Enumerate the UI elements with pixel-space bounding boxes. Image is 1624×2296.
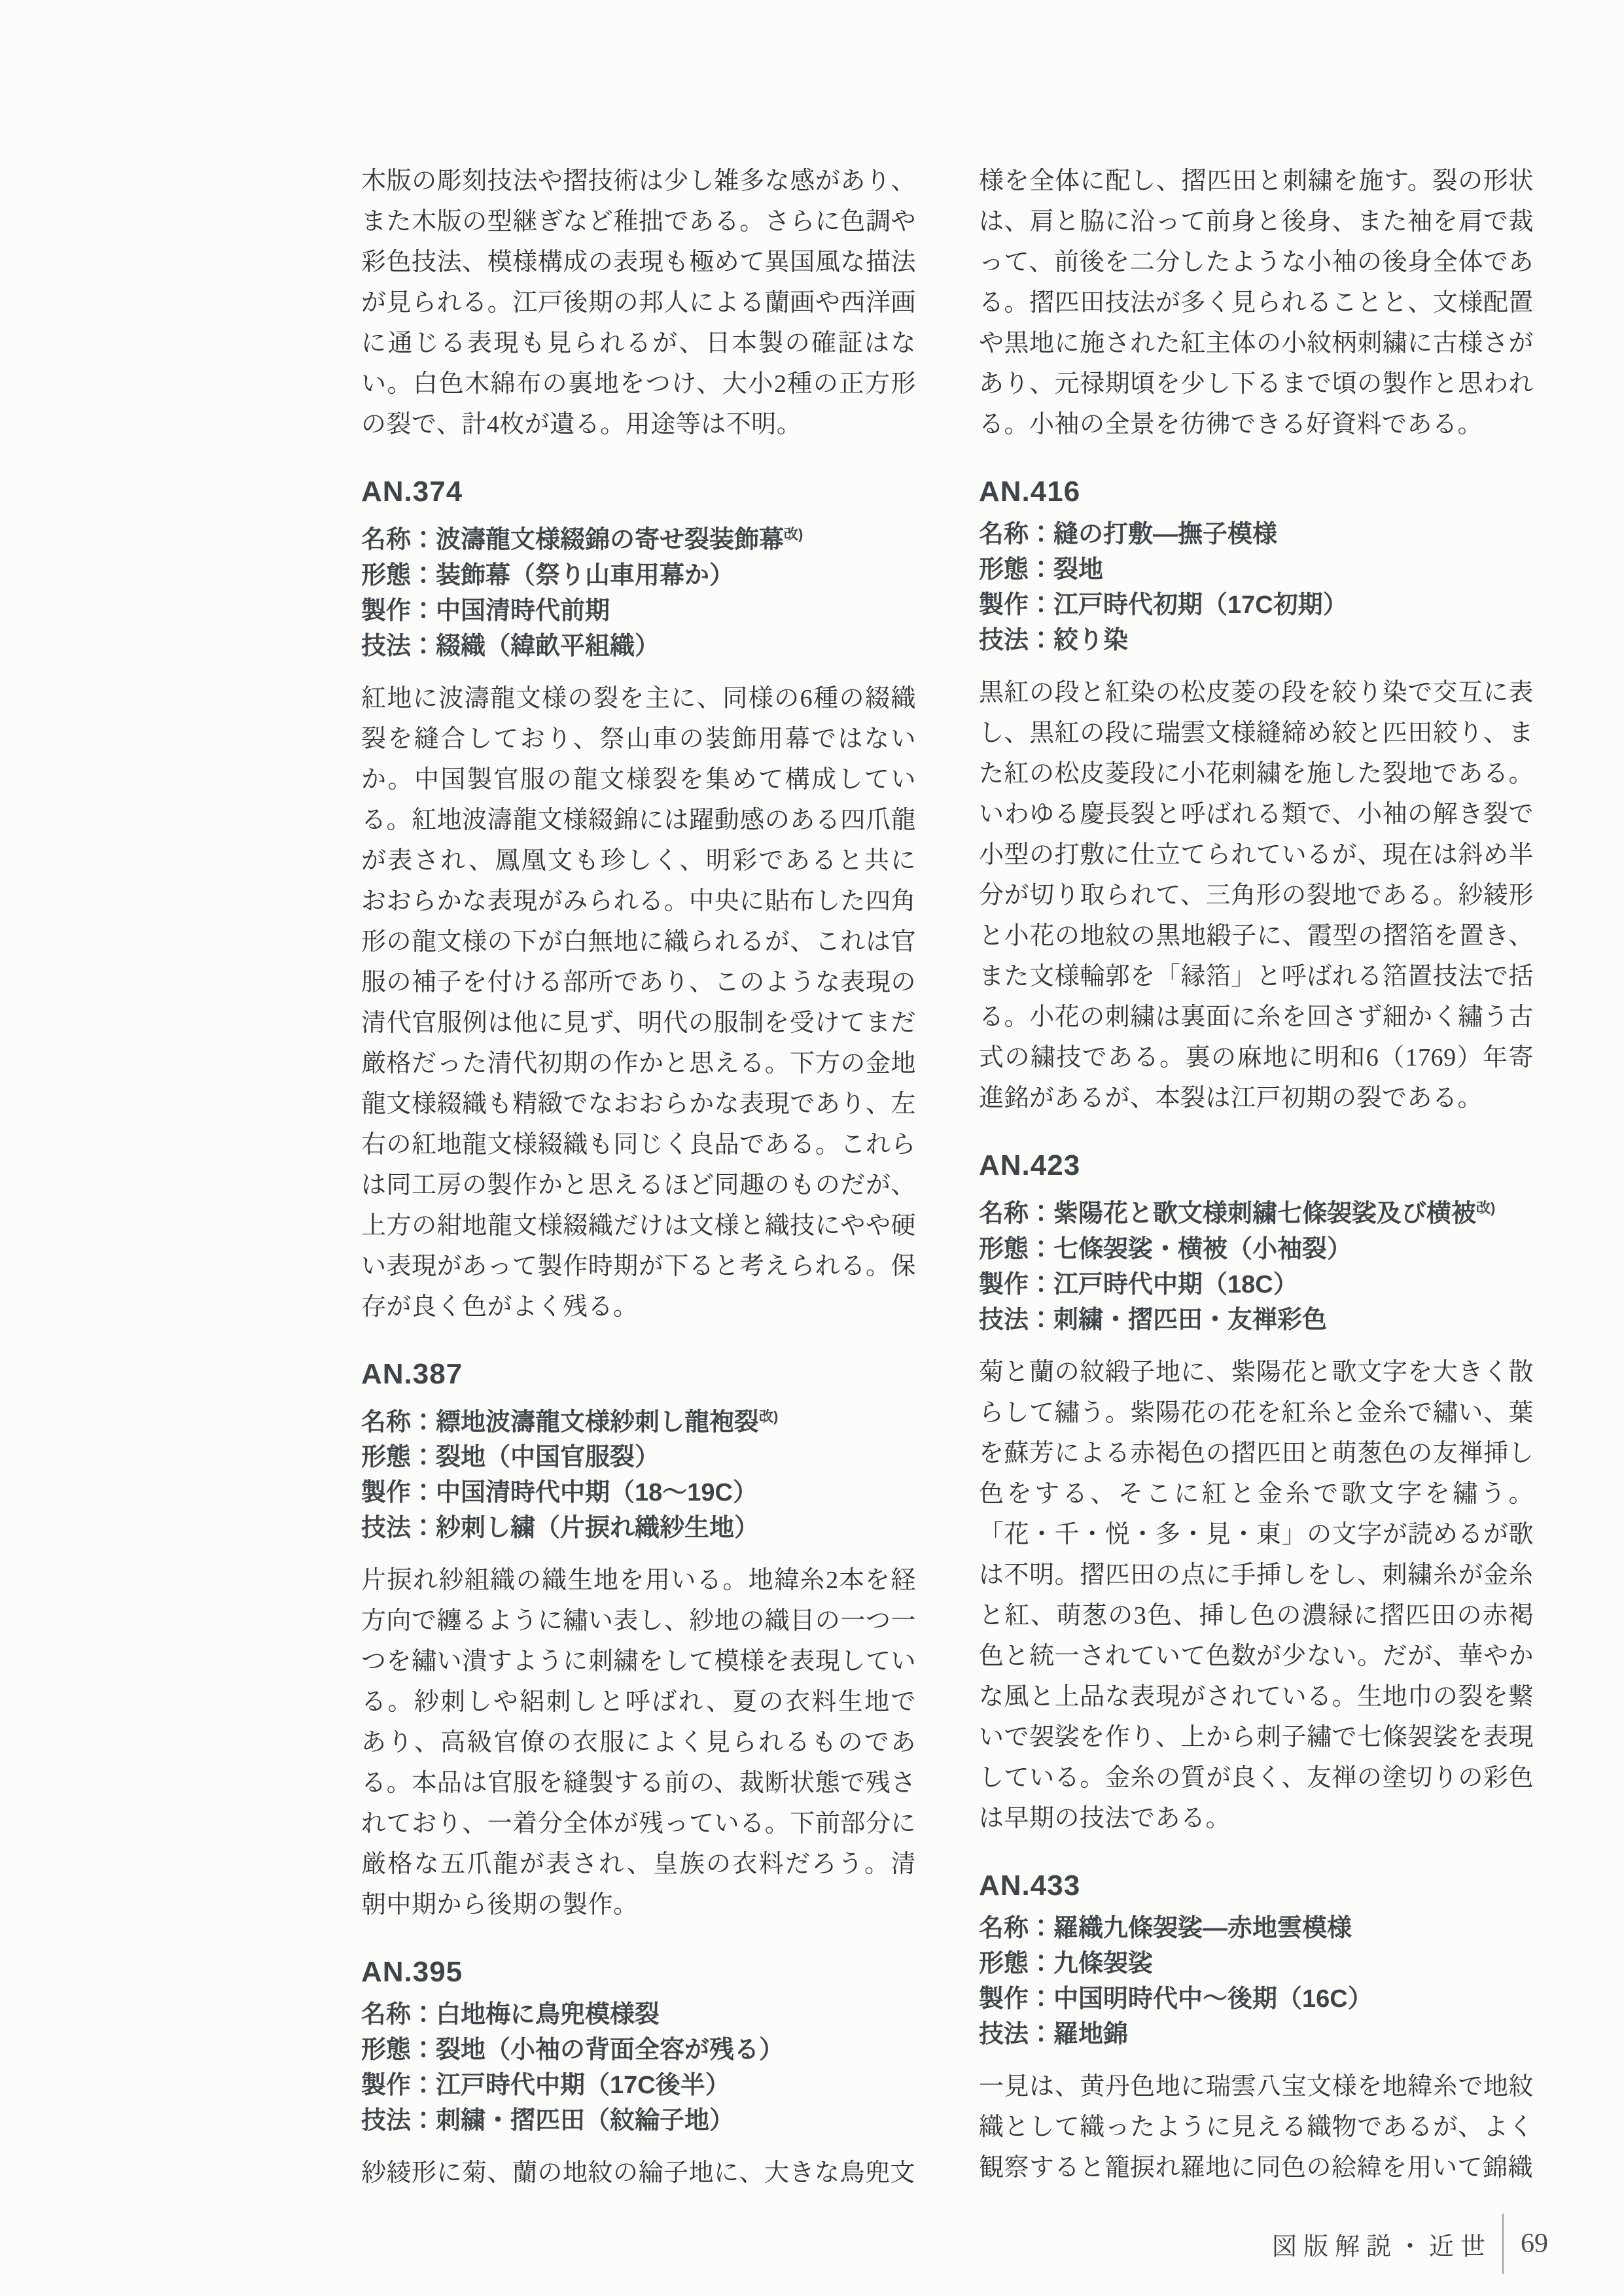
meta-value: 裂地: [1053, 556, 1103, 583]
meta-label: 形態：: [361, 562, 436, 589]
meta-form-line: 形態：裂地（中国官服裂）: [361, 1440, 916, 1475]
meta-label: 技法：: [361, 1514, 436, 1542]
meta-value: 裂地（中国官服裂）: [436, 1444, 660, 1471]
footer-section-label: 図版解説・近世: [1272, 2226, 1492, 2262]
entry-meta: 名称：白地梅に鳥兜模様裂 形態：裂地（小袖の背面全容が残る） 製作：江戸時代中期…: [361, 1997, 916, 2138]
entry-body: 一見は、黄丹色地に瑞雲八宝文様を地緯糸で地紋織として織ったように見える織物である…: [979, 2066, 1534, 2188]
meta-value: 中国明時代中〜後期（16C）: [1053, 1985, 1373, 2013]
meta-value: 紗刺し繍（片捩れ織紗生地）: [436, 1514, 759, 1542]
meta-label: 形態：: [979, 1236, 1053, 1263]
meta-revision-note: 改): [1476, 1200, 1495, 1216]
meta-made-line: 製作：中国清時代前期: [361, 593, 916, 629]
left-intro-paragraph: 木版の彫刻技法や摺技術は少し雑多な感があり、また木版の型継ぎなど稚拙である。さら…: [361, 161, 916, 445]
meta-value: 羅織九條袈裟―赤地雲模様: [1053, 1915, 1352, 1942]
meta-made-line: 製作：中国明時代中〜後期（16C）: [979, 1981, 1534, 2017]
meta-value: 江戸時代初期（17C初期）: [1053, 591, 1348, 619]
footer-divider: [1502, 2214, 1504, 2274]
meta-made-line: 製作：江戸時代初期（17C初期）: [979, 587, 1534, 623]
meta-value: 縹地波濤龍文様紗刺し龍袍裂: [436, 1408, 759, 1436]
meta-form-line: 形態：装飾幕（祭り山車用幕か）: [361, 558, 916, 593]
meta-tech-line: 技法：刺繍・摺匹田（紋綸子地）: [361, 2103, 916, 2138]
meta-tech-line: 技法：紗刺し繍（片捩れ織紗生地）: [361, 1510, 916, 1546]
meta-value: 綴織（緯畝平組織）: [436, 633, 660, 660]
entry-meta: 名称：紫陽花と歌文様刺繍七條袈裟及び横被改) 形態：七條袈裟・横被（小袖裂） 製…: [979, 1191, 1534, 1338]
meta-name-line: 名称：紫陽花と歌文様刺繍七條袈裟及び横被改): [979, 1191, 1534, 1232]
meta-made-line: 製作：江戸時代中期（17C後半）: [361, 2068, 916, 2103]
meta-tech-line: 技法：絞り染: [979, 623, 1534, 658]
meta-tech-line: 技法：綴織（緯畝平組織）: [361, 629, 916, 664]
meta-form-line: 形態：裂地: [979, 552, 1534, 587]
meta-form-line: 形態：裂地（小袖の背面全容が残る）: [361, 2032, 916, 2068]
entry-body: 菊と蘭の紋緞子地に、紫陽花と歌文字を大きく散らして繡う。紫陽花の花を紅糸と金糸で…: [979, 1352, 1534, 1839]
meta-value: 刺繍・摺匹田・友禅彩色: [1053, 1306, 1327, 1334]
meta-value: 紫陽花と歌文様刺繍七條袈裟及び横被: [1053, 1200, 1476, 1228]
right-intro-paragraph: 様を全体に配し、摺匹田と刺繍を施す。裂の形状は、肩と脇に沿って前身と後身、また袖…: [979, 161, 1534, 445]
entry-an416: AN.416 名称：縫の打敷―撫子模様 形態：裂地 製作：江戸時代初期（17C初…: [979, 476, 1534, 1119]
entry-an395: AN.395 名称：白地梅に鳥兜模様裂 形態：裂地（小袖の背面全容が残る） 製作…: [361, 1957, 916, 2193]
entry-body: 紗綾形に菊、蘭の地紋の綸子地に、大きな鳥兜文: [361, 2153, 916, 2193]
meta-label: 形態：: [979, 1950, 1053, 1977]
entry-id: AN.433: [979, 1870, 1534, 1902]
meta-label: 技法：: [979, 627, 1053, 654]
entry-id: AN.374: [361, 476, 916, 508]
meta-label: 名称：: [361, 527, 436, 554]
entry-an374: AN.374 名称：波濤龍文様綴錦の寄せ裂装飾幕改) 形態：装飾幕（祭り山車用幕…: [361, 476, 916, 1327]
meta-label: 技法：: [361, 633, 436, 660]
meta-label: 製作：: [979, 1985, 1053, 2013]
meta-tech-line: 技法：羅地錦: [979, 2017, 1534, 2052]
meta-revision-note: 改): [784, 526, 803, 542]
meta-form-line: 形態：九條袈裟: [979, 1946, 1534, 1981]
meta-label: 形態：: [979, 556, 1053, 583]
meta-name-line: 名称：羅織九條袈裟―赤地雲模様: [979, 1911, 1534, 1946]
meta-label: 技法：: [361, 2107, 436, 2134]
meta-value: 九條袈裟: [1053, 1950, 1153, 1977]
meta-label: 形態：: [361, 1444, 436, 1471]
meta-made-line: 製作：中国清時代中期（18〜19C）: [361, 1475, 916, 1510]
page-footer: 図版解説・近世 69: [979, 2214, 1548, 2274]
meta-label: 技法：: [979, 2021, 1053, 2048]
meta-value: 江戸時代中期（18C）: [1053, 1271, 1298, 1298]
meta-value: 波濤龍文様綴錦の寄せ裂装飾幕: [436, 527, 784, 554]
entry-id: AN.395: [361, 1957, 916, 1988]
meta-tech-line: 技法：刺繍・摺匹田・友禅彩色: [979, 1302, 1534, 1338]
footer-page-number: 69: [1521, 2228, 1548, 2259]
entry-body: 黒紅の段と紅染の松皮菱の段を絞り染で交互に表し、黒紅の段に瑞雲文様縫締め絞と匹田…: [979, 672, 1534, 1119]
meta-value: 裂地（小袖の背面全容が残る）: [436, 2036, 784, 2064]
meta-label: 名称：: [361, 2001, 436, 2028]
meta-name-line: 名称：縹地波濤龍文様紗刺し龍袍裂改): [361, 1399, 916, 1440]
meta-name-line: 名称：波濤龍文様綴錦の寄せ裂装飾幕改): [361, 517, 916, 558]
meta-label: 名称：: [361, 1408, 436, 1436]
meta-value: 江戸時代中期（17C後半）: [436, 2072, 730, 2099]
entry-meta: 名称：波濤龍文様綴錦の寄せ裂装飾幕改) 形態：装飾幕（祭り山車用幕か） 製作：中…: [361, 517, 916, 664]
entry-an433: AN.433 名称：羅織九條袈裟―赤地雲模様 形態：九條袈裟 製作：中国明時代中…: [979, 1870, 1534, 2188]
right-column: 様を全体に配し、摺匹田と刺繍を施す。裂の形状は、肩と脇に沿って前身と後身、また袖…: [979, 161, 1534, 2188]
entry-an423: AN.423 名称：紫陽花と歌文様刺繍七條袈裟及び横被改) 形態：七條袈裟・横被…: [979, 1150, 1534, 1839]
entry-body: 片捩れ紗組織の織生地を用いる。地緯糸2本を経方向で纏るように繡い表し、紗地の織目…: [361, 1560, 916, 1925]
meta-value: 中国清時代前期: [436, 597, 610, 625]
meta-label: 製作：: [361, 1479, 436, 1506]
entry-id: AN.416: [979, 476, 1534, 508]
meta-label: 技法：: [979, 1306, 1053, 1334]
meta-made-line: 製作：江戸時代中期（18C）: [979, 1267, 1534, 1302]
meta-value: 羅地錦: [1053, 2021, 1128, 2048]
meta-name-line: 名称：白地梅に鳥兜模様裂: [361, 1997, 916, 2032]
meta-value: 縫の打敷―撫子模様: [1053, 521, 1277, 548]
meta-label: 形態：: [361, 2036, 436, 2064]
meta-label: 製作：: [979, 1271, 1053, 1298]
meta-name-line: 名称：縫の打敷―撫子模様: [979, 517, 1534, 552]
meta-value: 中国清時代中期（18〜19C）: [436, 1479, 758, 1506]
entry-body: 紅地に波濤龍文様の裂を主に、同様の6種の綴織裂を縫合しており、祭山車の装飾用幕で…: [361, 678, 916, 1327]
entry-meta: 名称：羅織九條袈裟―赤地雲模様 形態：九條袈裟 製作：中国明時代中〜後期（16C…: [979, 1911, 1534, 2052]
entry-id: AN.423: [979, 1150, 1534, 1181]
meta-value: 七條袈裟・横被（小袖裂）: [1053, 1236, 1352, 1263]
meta-label: 名称：: [979, 1200, 1053, 1228]
meta-label: 製作：: [361, 2072, 436, 2099]
meta-label: 製作：: [979, 591, 1053, 619]
catalog-page: 木版の彫刻技法や摺技術は少し雑多な感があり、また木版の型継ぎなど稚拙である。さら…: [0, 0, 1624, 2296]
meta-value: 白地梅に鳥兜模様裂: [436, 2001, 660, 2028]
meta-value: 装飾幕（祭り山車用幕か）: [436, 562, 734, 589]
meta-form-line: 形態：七條袈裟・横被（小袖裂）: [979, 1232, 1534, 1267]
entry-meta: 名称：縫の打敷―撫子模様 形態：裂地 製作：江戸時代初期（17C初期） 技法：絞…: [979, 517, 1534, 658]
meta-label: 名称：: [979, 521, 1053, 548]
entry-an387: AN.387 名称：縹地波濤龍文様紗刺し龍袍裂改) 形態：裂地（中国官服裂） 製…: [361, 1359, 916, 1926]
meta-value: 絞り染: [1053, 627, 1128, 654]
entry-meta: 名称：縹地波濤龍文様紗刺し龍袍裂改) 形態：裂地（中国官服裂） 製作：中国清時代…: [361, 1399, 916, 1546]
meta-label: 製作：: [361, 597, 436, 625]
meta-label: 名称：: [979, 1915, 1053, 1942]
entry-id: AN.387: [361, 1359, 916, 1390]
left-column: 木版の彫刻技法や摺技術は少し雑多な感があり、また木版の型継ぎなど稚拙である。さら…: [361, 161, 916, 2193]
meta-revision-note: 改): [759, 1408, 778, 1425]
meta-value: 刺繍・摺匹田（紋綸子地）: [436, 2107, 734, 2134]
